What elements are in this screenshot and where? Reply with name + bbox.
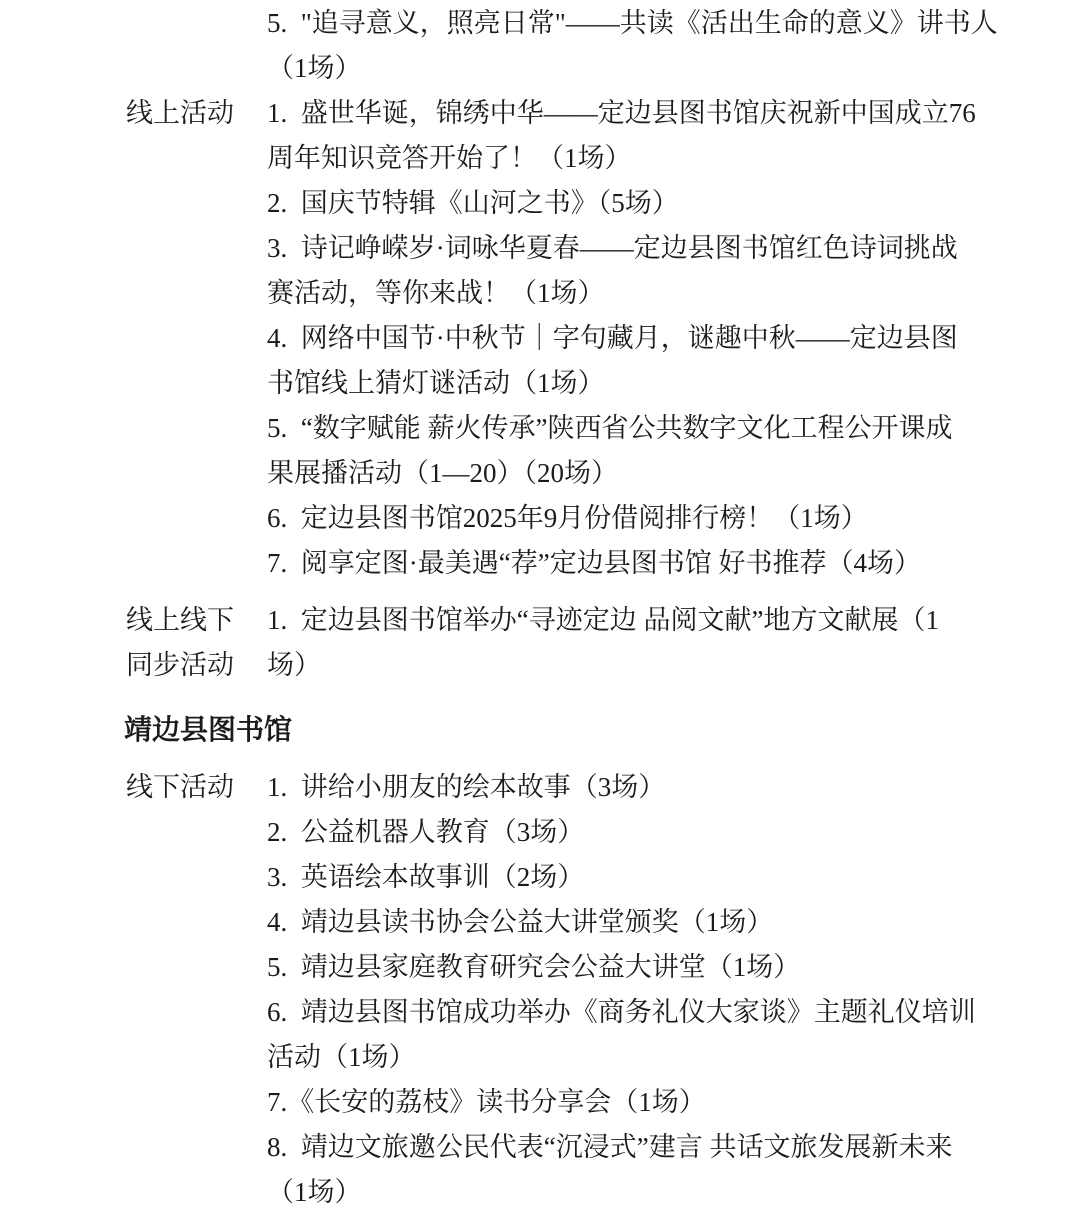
activity-item: 2. 国庆节特辑《山河之书》（5场） xyxy=(267,181,1080,226)
activity-item: 6. 靖边县图书馆成功举办《商务礼仪大家谈》主题礼仪培训 活动（1场） xyxy=(267,990,1080,1080)
activity-item: 3. 诗记峥嵘岁·词咏华夏春——定边县图书馆红色诗词挑战 赛活动，等你来战！（1… xyxy=(267,226,1080,316)
activity-item: 4. 靖边县读书协会公益大讲堂颁奖（1场） xyxy=(267,900,1080,945)
row-label-online-offline-sync: 线上线下 同步活动 xyxy=(126,598,267,688)
activity-item: 1. 定边县图书馆举办“寻迹定边 品阅文献”地方文献展（1 场） xyxy=(267,598,1080,688)
activity-item: 7. 阅享定图·最美遇“荐”定边县图书馆 好书推荐（4场） xyxy=(267,541,1080,586)
activity-row-continuation: 5. "追寻意义，照亮日常"——共读《活出生命的意义》讲书人 （1场） xyxy=(126,1,1080,91)
activity-row-online: 线上活动 1. 盛世华诞，锦绣中华——定边县图书馆庆祝新中国成立76 周年知识竞… xyxy=(126,91,1080,586)
document-page: 5. "追寻意义，照亮日常"——共读《活出生命的意义》讲书人 （1场） 线上活动… xyxy=(0,0,1080,1219)
activity-item: 2. 公益机器人教育（3场） xyxy=(267,810,1080,855)
activity-item: 5. 靖边县家庭教育研究会公益大讲堂（1场） xyxy=(267,945,1080,990)
activity-item: 5. "追寻意义，照亮日常"——共读《活出生命的意义》讲书人 （1场） xyxy=(267,1,1080,91)
row-content: 1. 讲给小朋友的绘本故事（3场） 2. 公益机器人教育（3场） 3. 英语绘本… xyxy=(267,765,1080,1215)
activity-item: 8. 靖边文旅邀公民代表“沉浸式”建言 共话文旅发展新未来 （1场） xyxy=(267,1125,1080,1215)
activity-item: 5. “数字赋能 薪火传承”陕西省公共数字文化工程公开课成 果展播活动（1—20… xyxy=(267,406,1080,496)
activity-item: 1. 讲给小朋友的绘本故事（3场） xyxy=(267,765,1080,810)
activity-item: 4. 网络中国节·中秋节｜字句藏月，谜趣中秋——定边县图 书馆线上猜灯谜活动（1… xyxy=(267,316,1080,406)
row-content: 1. 盛世华诞，锦绣中华——定边县图书馆庆祝新中国成立76 周年知识竞答开始了！… xyxy=(267,91,1080,586)
section-heading-jingbian-library: 靖边县图书馆 xyxy=(124,708,1080,753)
activity-item: 6. 定边县图书馆2025年9月份借阅排行榜！（1场） xyxy=(267,496,1080,541)
activity-row-online-offline-sync: 线上线下 同步活动 1. 定边县图书馆举办“寻迹定边 品阅文献”地方文献展（1 … xyxy=(126,598,1080,688)
row-content: 5. "追寻意义，照亮日常"——共读《活出生命的意义》讲书人 （1场） xyxy=(267,1,1080,91)
row-content: 1. 定边县图书馆举办“寻迹定边 品阅文献”地方文献展（1 场） xyxy=(267,598,1080,688)
activity-item: 7.《长安的荔枝》读书分享会（1场） xyxy=(267,1080,1080,1125)
activity-item: 1. 盛世华诞，锦绣中华——定边县图书馆庆祝新中国成立76 周年知识竞答开始了！… xyxy=(267,91,1080,181)
activity-row-offline: 线下活动 1. 讲给小朋友的绘本故事（3场） 2. 公益机器人教育（3场） 3.… xyxy=(126,765,1080,1215)
row-label-online: 线上活动 xyxy=(126,91,267,136)
activity-item: 3. 英语绘本故事训（2场） xyxy=(267,855,1080,900)
row-label-offline: 线下活动 xyxy=(126,765,267,810)
